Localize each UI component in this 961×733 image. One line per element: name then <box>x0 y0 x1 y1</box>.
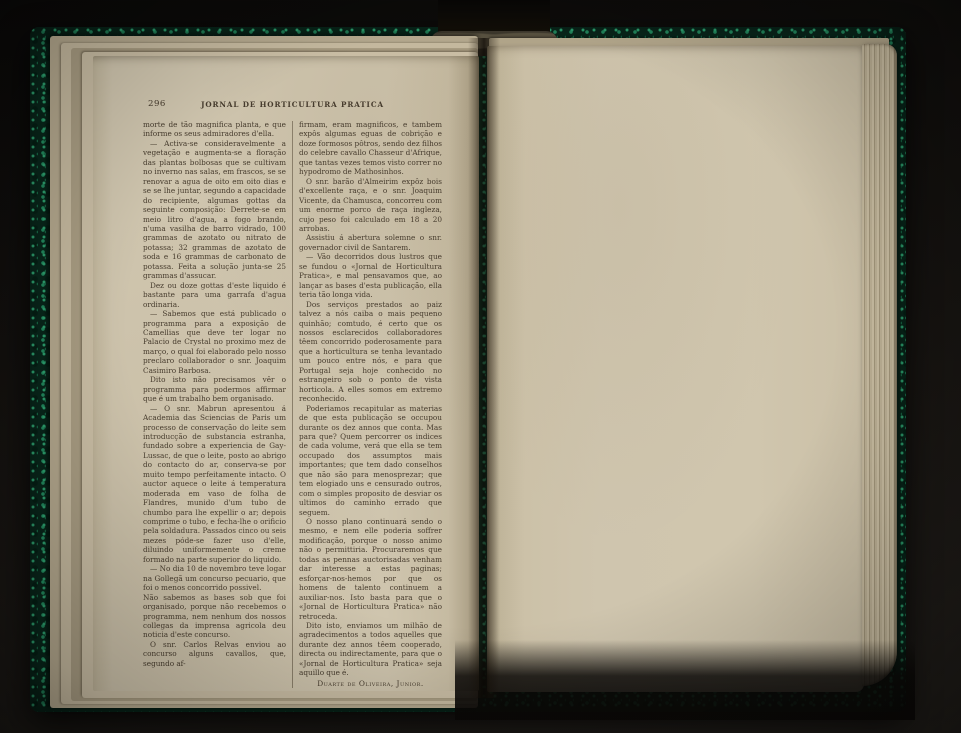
paragraph: Poderiamos recapitular as materias de qu… <box>299 404 442 517</box>
page-number: 296 <box>148 99 166 109</box>
signature: Duarte de Oliveira, Junior. <box>299 679 442 688</box>
text-column-right: firmam, eram magnificos, e tambem expôs … <box>299 120 442 688</box>
paragraph: Assistiu á abertura solemne o snr. gover… <box>299 233 442 252</box>
running-title: JORNAL DE HORTICULTURA PRATICA <box>143 98 442 109</box>
paragraph: O snr. barão d'Almeirim expôz bois d'exc… <box>299 177 442 234</box>
paragraph: — Vão decorridos dous lustros que se fun… <box>299 252 442 299</box>
printed-text-block: 296 JORNAL DE HORTICULTURA PRATICA morte… <box>143 98 442 688</box>
paragraph: — Sabemos que está publicado o programma… <box>143 309 286 375</box>
paragraph: O snr. Carlos Relvas enviou ao concurso … <box>143 640 286 668</box>
column2-paragraphs: firmam, eram magnificos, e tambem expôs … <box>299 120 442 678</box>
text-columns: morte de tão magnifica planta, e que inf… <box>143 120 442 688</box>
paragraph: O nosso plano continuará sendo o mesmo, … <box>299 517 442 621</box>
paragraph: — No dia 10 de novembro teve logar na Go… <box>143 564 286 592</box>
text-column-left: morte de tão magnifica planta, e que inf… <box>143 120 286 688</box>
page-header: 296 JORNAL DE HORTICULTURA PRATICA <box>143 98 442 111</box>
paragraph: morte de tão magnifica planta, e que inf… <box>143 120 286 139</box>
paragraph: firmam, eram magnificos, e tambem expôs … <box>299 120 442 177</box>
right-page <box>487 46 864 692</box>
paragraph: Não sabemos as bases sob que foi organis… <box>143 593 286 640</box>
paragraph: — Activa-se consideravelmente a vegetaçã… <box>143 139 286 281</box>
photo-background: 296 JORNAL DE HORTICULTURA PRATICA morte… <box>0 0 961 733</box>
paragraph: Dez ou doze gottas d'este liquido é bast… <box>143 281 286 309</box>
cover-bottom-shadow <box>455 640 915 720</box>
left-page: 296 JORNAL DE HORTICULTURA PRATICA morte… <box>93 56 479 691</box>
paragraph: Dito isto, enviamos um milhão de agradec… <box>299 621 442 678</box>
right-page-fore-edges <box>862 44 897 686</box>
column-rule <box>292 121 293 688</box>
paragraph: Dito isto não precisamos vêr o programma… <box>143 375 286 403</box>
paragraph: Dos serviços prestados ao paiz talvez a … <box>299 300 442 404</box>
paragraph: — O snr. Mabrun apresentou á Academia da… <box>143 404 286 565</box>
